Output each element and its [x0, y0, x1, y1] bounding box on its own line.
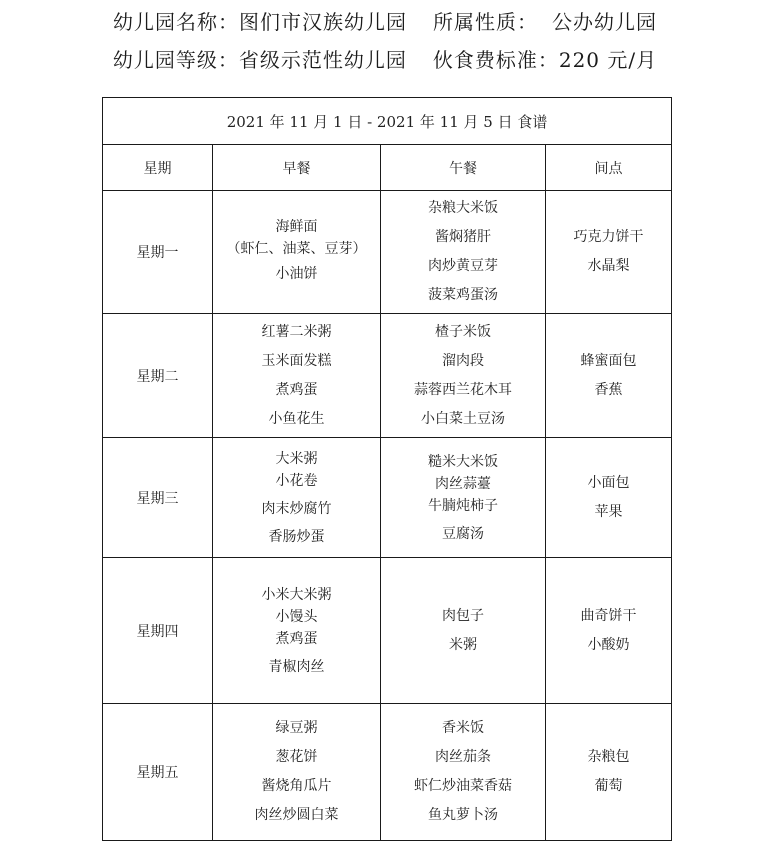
lunch-cell: 杂粮大米饭 酱焖猪肝 肉炒黄豆芽 菠菜鸡蛋汤 [381, 191, 546, 314]
fee-label: 伙食费标准： [433, 44, 559, 73]
menu-item: 香米饭 [381, 714, 545, 743]
lunch-cell: 肉包子 米粥 [381, 558, 546, 704]
menu-item: 香蕉 [546, 376, 671, 405]
snack-cell: 杂粮包 葡萄 [546, 704, 672, 841]
table-row-monday: 星期一 海鲜面 （虾仁、油菜、豆芽） 小油饼 杂粮大米饭 酱焖猪肝 肉炒黄豆芽 … [103, 191, 672, 314]
kindergarten-info-line-2: 幼儿园等级：省级示范性幼儿园伙食费标准：220 元/月 [0, 44, 770, 73]
menu-item: 肉包子 [381, 602, 545, 631]
menu-item: 溜肉段 [381, 347, 545, 376]
menu-item: 豆腐汤 [381, 523, 545, 545]
menu-item: 苹果 [546, 498, 671, 527]
menu-item: 煮鸡蛋 [213, 628, 380, 650]
menu-item: 香肠炒蛋 [213, 526, 380, 548]
table-row-friday: 星期五 绿豆粥 葱花饼 酱烧角瓜片 肉丝炒圆白菜 香米饭 肉丝茄条 虾仁炒油菜香… [103, 704, 672, 841]
menu-item: 大米粥 [213, 448, 380, 470]
table-header-row: 星期 早餐 午餐 间点 [103, 145, 672, 191]
day-cell: 星期四 [103, 558, 213, 704]
menu-item: 巧克力饼干 [546, 223, 671, 252]
menu-item: 红薯二米粥 [213, 318, 380, 347]
menu-title: 2021 年 11 月 1 日 - 2021 年 11 月 5 日 食谱 [103, 98, 672, 145]
menu-item: 杂粮包 [546, 743, 671, 772]
weekly-menu-table: 2021 年 11 月 1 日 - 2021 年 11 月 5 日 食谱 星期 … [102, 97, 672, 841]
menu-item: 葱花饼 [213, 743, 380, 772]
breakfast-cell: 红薯二米粥 玉米面发糕 煮鸡蛋 小鱼花生 [213, 314, 381, 438]
menu-item: 玉米面发糕 [213, 347, 380, 376]
menu-item: 青椒肉丝 [213, 656, 380, 678]
fee-value: 220 元/月 [559, 44, 657, 73]
column-header-breakfast: 早餐 [213, 145, 381, 191]
menu-item: 牛腩炖柿子 [381, 495, 545, 517]
table-row-thursday: 星期四 小米大米粥 小馒头 煮鸡蛋 青椒肉丝 肉包子 米粥 曲奇饼干 小酸奶 [103, 558, 672, 704]
nature-label: 所属性质： [433, 6, 538, 35]
menu-item: 肉炒黄豆芽 [381, 252, 545, 281]
menu-item: 小鱼花生 [213, 405, 380, 434]
menu-item: 曲奇饼干 [546, 602, 671, 631]
breakfast-cell: 大米粥 小花卷 肉末炒腐竹 香肠炒蛋 [213, 438, 381, 558]
kindergarten-name-label: 幼儿园名称： [113, 6, 239, 35]
menu-item: 小白菜土豆汤 [381, 405, 545, 434]
menu-item: 酱焖猪肝 [381, 223, 545, 252]
menu-item: 楂子米饭 [381, 318, 545, 347]
lunch-cell: 楂子米饭 溜肉段 蒜蓉西兰花木耳 小白菜土豆汤 [381, 314, 546, 438]
menu-item: 海鲜面 [213, 216, 380, 238]
menu-item: 小面包 [546, 469, 671, 498]
menu-item: 糙米大米饭 [381, 451, 545, 473]
snack-cell: 巧克力饼干 水晶梨 [546, 191, 672, 314]
day-cell: 星期二 [103, 314, 213, 438]
nature-value: 公办幼儿园 [552, 6, 657, 35]
breakfast-cell: 小米大米粥 小馒头 煮鸡蛋 青椒肉丝 [213, 558, 381, 704]
menu-item: 蜂蜜面包 [546, 347, 671, 376]
day-cell: 星期五 [103, 704, 213, 841]
kindergarten-info-line-1: 幼儿园名称：图们市汉族幼儿园所属性质：公办幼儿园 [0, 6, 770, 35]
menu-item: 杂粮大米饭 [381, 194, 545, 223]
grade-value: 省级示范性幼儿园 [239, 44, 407, 73]
menu-item: 鱼丸萝卜汤 [381, 801, 545, 830]
menu-item: 肉丝炒圆白菜 [213, 801, 380, 830]
column-header-day: 星期 [103, 145, 213, 191]
snack-cell: 蜂蜜面包 香蕉 [546, 314, 672, 438]
menu-item: 肉丝茄条 [381, 743, 545, 772]
kindergarten-name-value: 图们市汉族幼儿园 [239, 6, 407, 35]
menu-item: 煮鸡蛋 [213, 376, 380, 405]
menu-item: 蒜蓉西兰花木耳 [381, 376, 545, 405]
breakfast-cell: 海鲜面 （虾仁、油菜、豆芽） 小油饼 [213, 191, 381, 314]
grade-label: 幼儿园等级： [113, 44, 239, 73]
menu-item: 小油饼 [213, 260, 380, 289]
lunch-cell: 香米饭 肉丝茄条 虾仁炒油菜香菇 鱼丸萝卜汤 [381, 704, 546, 841]
menu-item: 绿豆粥 [213, 714, 380, 743]
menu-item: 虾仁炒油菜香菇 [381, 772, 545, 801]
menu-item: 菠菜鸡蛋汤 [381, 281, 545, 310]
menu-item: 小馒头 [213, 606, 380, 628]
day-cell: 星期一 [103, 191, 213, 314]
menu-item: 小花卷 [213, 470, 380, 492]
snack-cell: 小面包 苹果 [546, 438, 672, 558]
breakfast-cell: 绿豆粥 葱花饼 酱烧角瓜片 肉丝炒圆白菜 [213, 704, 381, 841]
column-header-lunch: 午餐 [381, 145, 546, 191]
menu-item: 小酸奶 [546, 631, 671, 660]
menu-item: 米粥 [381, 631, 545, 660]
menu-item: （虾仁、油菜、豆芽） [213, 238, 380, 260]
menu-item: 酱烧角瓜片 [213, 772, 380, 801]
menu-item: 葡萄 [546, 772, 671, 801]
menu-item: 水晶梨 [546, 252, 671, 281]
menu-item: 小米大米粥 [213, 584, 380, 606]
menu-item: 肉丝蒜薹 [381, 473, 545, 495]
lunch-cell: 糙米大米饭 肉丝蒜薹 牛腩炖柿子 豆腐汤 [381, 438, 546, 558]
snack-cell: 曲奇饼干 小酸奶 [546, 558, 672, 704]
day-cell: 星期三 [103, 438, 213, 558]
table-row-wednesday: 星期三 大米粥 小花卷 肉末炒腐竹 香肠炒蛋 糙米大米饭 肉丝蒜薹 牛腩炖柿子 … [103, 438, 672, 558]
table-row-tuesday: 星期二 红薯二米粥 玉米面发糕 煮鸡蛋 小鱼花生 楂子米饭 溜肉段 蒜蓉西兰花木… [103, 314, 672, 438]
column-header-snack: 间点 [546, 145, 672, 191]
menu-item: 肉末炒腐竹 [213, 498, 380, 520]
